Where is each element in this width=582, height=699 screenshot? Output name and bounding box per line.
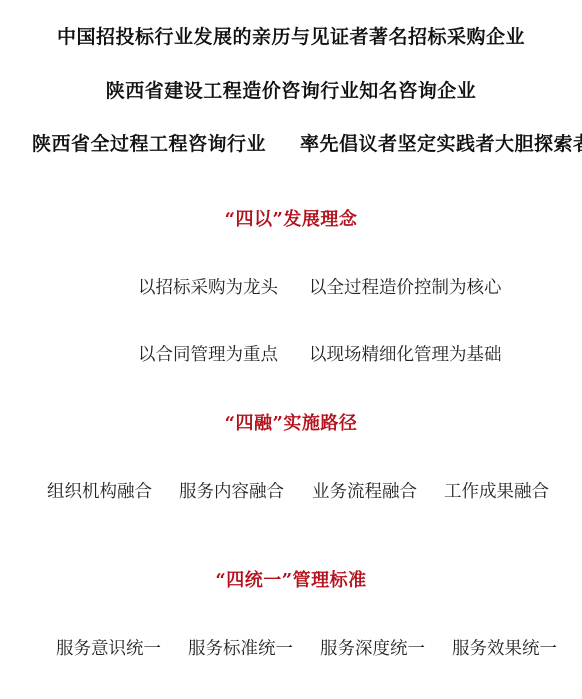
tagline-whole-process-part1: 陕西省全过程工程咨询行业 (32, 133, 266, 155)
standard-item: 服务深度统一 (320, 641, 425, 659)
tagline-whole-process-part2: 率先倡议者坚定实践者大胆探索者 (300, 133, 582, 155)
standard-item: 服务标准统一 (188, 641, 293, 659)
concept-item: 以招标采购为龙头 (138, 280, 278, 298)
section-heading-four-unify: “四统一”管理标准 (0, 572, 582, 590)
standard-item: 服务意识统一 (56, 641, 161, 659)
tagline-whole-process: 陕西省全过程工程咨询行业率先倡议者坚定实践者大胆探索者 (32, 135, 582, 154)
tagline-bidding-company: 中国招投标行业发展的亲历与见证者著名招标采购企业 (0, 28, 582, 47)
path-item: 服务内容融合 (179, 484, 284, 502)
concept-item: 以合同管理为重点 (138, 347, 278, 365)
standard-item: 服务效果统一 (452, 641, 557, 659)
path-item: 组织机构融合 (47, 484, 152, 502)
path-item: 业务流程融合 (312, 484, 417, 502)
concept-item: 以全过程造价控制为核心 (309, 280, 502, 298)
tagline-cost-consulting: 陕西省建设工程造价咨询行业知名咨询企业 (0, 82, 582, 101)
concept-item: 以现场精细化管理为基础 (309, 347, 502, 365)
section-heading-four-rong: “四融”实施路径 (0, 415, 582, 433)
section-heading-four-yi: “四以”发展理念 (0, 211, 582, 229)
path-item: 工作成果融合 (444, 484, 549, 502)
